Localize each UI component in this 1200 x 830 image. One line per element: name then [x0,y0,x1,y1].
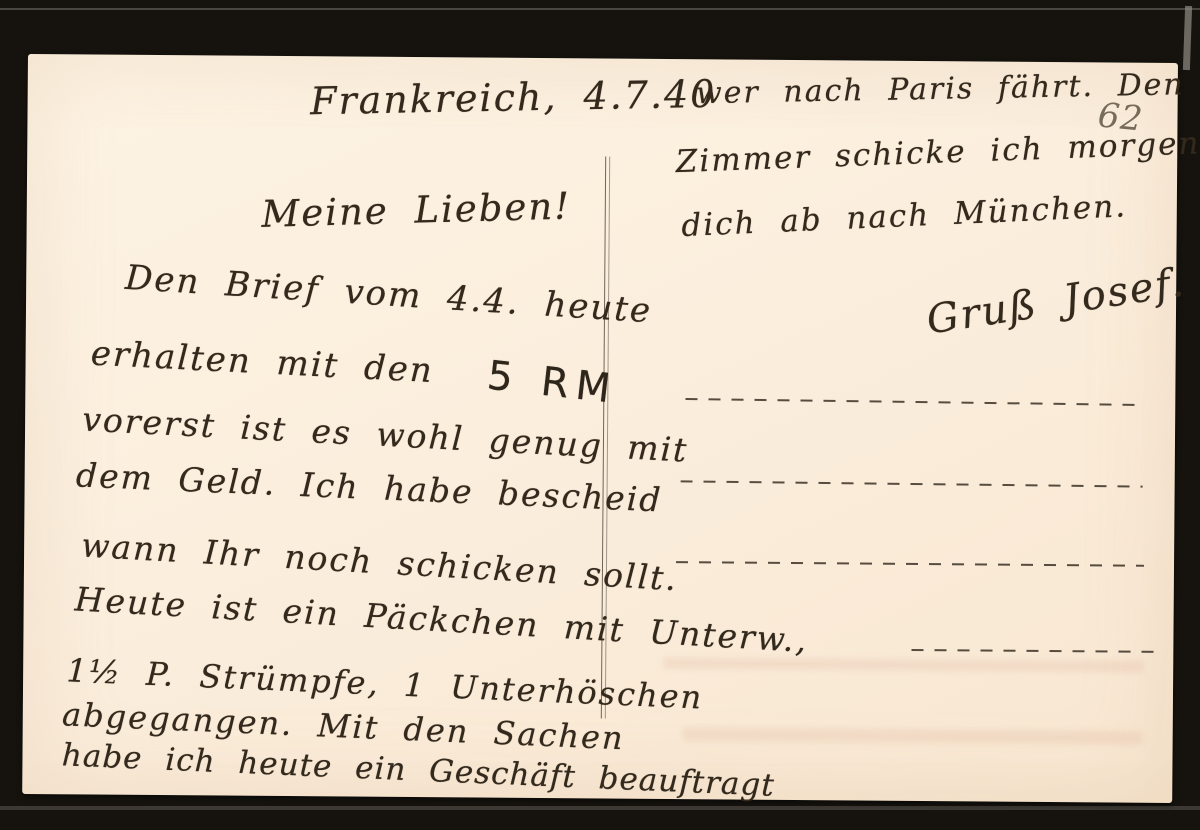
body-line: erhalten mit den [90,337,435,389]
body-line: vorerst ist es wohl genug mit [82,402,690,466]
address-ruled-line [676,561,1144,567]
postcard: Frankreich, 4.7.40 62 wer nach Paris fäh… [22,54,1178,803]
right-text-line: wer nach Paris fährt. Den [696,70,1185,109]
scan-artifact-top-line [0,8,1200,10]
address-ruled-line [681,480,1143,487]
body-line: habe ich heute ein Geschäft beauftragt [61,740,775,801]
bleed-through-mark [663,657,1143,673]
dateline: Frankreich, 4.7.40 [310,75,717,120]
scan-artifact-bottom-line [0,806,1200,810]
amount-note: 5 RM [485,356,619,410]
signature: Gruß Josef. [924,262,1188,340]
body-line: dem Geld. Ich habe bescheid [75,458,663,516]
salutation: Meine Lieben! [261,187,572,232]
body-line: Heute ist ein Päckchen mit Unterw., [74,582,809,657]
address-ruled-line [911,649,1161,653]
right-text-line: Zimmer schicke ich morgen [675,128,1200,178]
address-ruled-line [685,398,1140,406]
body-line: Den Brief vom 4.4. heute [124,261,653,329]
right-text-line: dich ab nach München. [681,191,1128,242]
bleed-through-mark [683,727,1143,745]
scan-artifact-right-sliver [1183,6,1192,70]
